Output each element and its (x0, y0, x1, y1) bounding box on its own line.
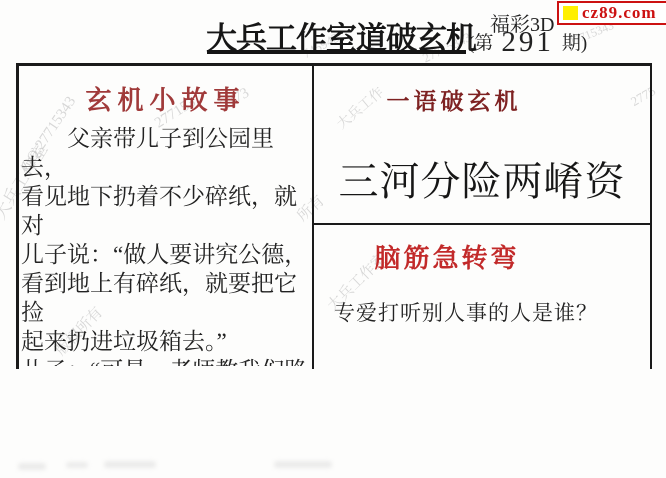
title-underline (207, 50, 466, 54)
teaser-panel: 脑筋急转弯 专爱打听别人事的人是谁？ (314, 225, 650, 366)
story-panel: 玄机小故事 父亲带儿子到公园里去， 看见地下扔着不少碎纸，就对 儿子说：“做人要… (19, 66, 312, 366)
hint-panel-title: 一语破玄机 (314, 83, 594, 116)
story-panel-title: 玄机小故事 (19, 80, 312, 117)
issue-close: 期) (562, 33, 587, 54)
scan-smudge (274, 461, 332, 468)
teaser-question: 专爱打听别人事的人是谁？ (314, 297, 650, 327)
scan-smudge (104, 461, 156, 468)
site-badge-label[interactable]: cz89.com (582, 3, 657, 23)
hint-phrase: 三河分险两崤资 (314, 150, 650, 207)
site-badge[interactable]: cz89.com (557, 1, 666, 25)
frame-right-rule (650, 63, 652, 369)
hint-panel: 一语破玄机 三河分险两崤资 (314, 66, 650, 223)
scan-smudge (18, 463, 46, 470)
teaser-panel-title: 脑筋急转弯 (314, 238, 580, 275)
issue-open: (第 (468, 33, 493, 54)
yellow-square-icon (563, 6, 578, 20)
issue-number-line: (第 291 期) (468, 26, 587, 59)
scan-smudge (66, 462, 88, 468)
scanned-lottery-sheet: 大兵工作室QQ:27715343277153277374594327715343… (0, 0, 666, 478)
issue-number: 291 (501, 26, 554, 58)
story-text: 父亲带儿子到公园里去， 看见地下扔着不少碎纸，就对 儿子说：“做人要讲究公德， … (19, 124, 312, 366)
